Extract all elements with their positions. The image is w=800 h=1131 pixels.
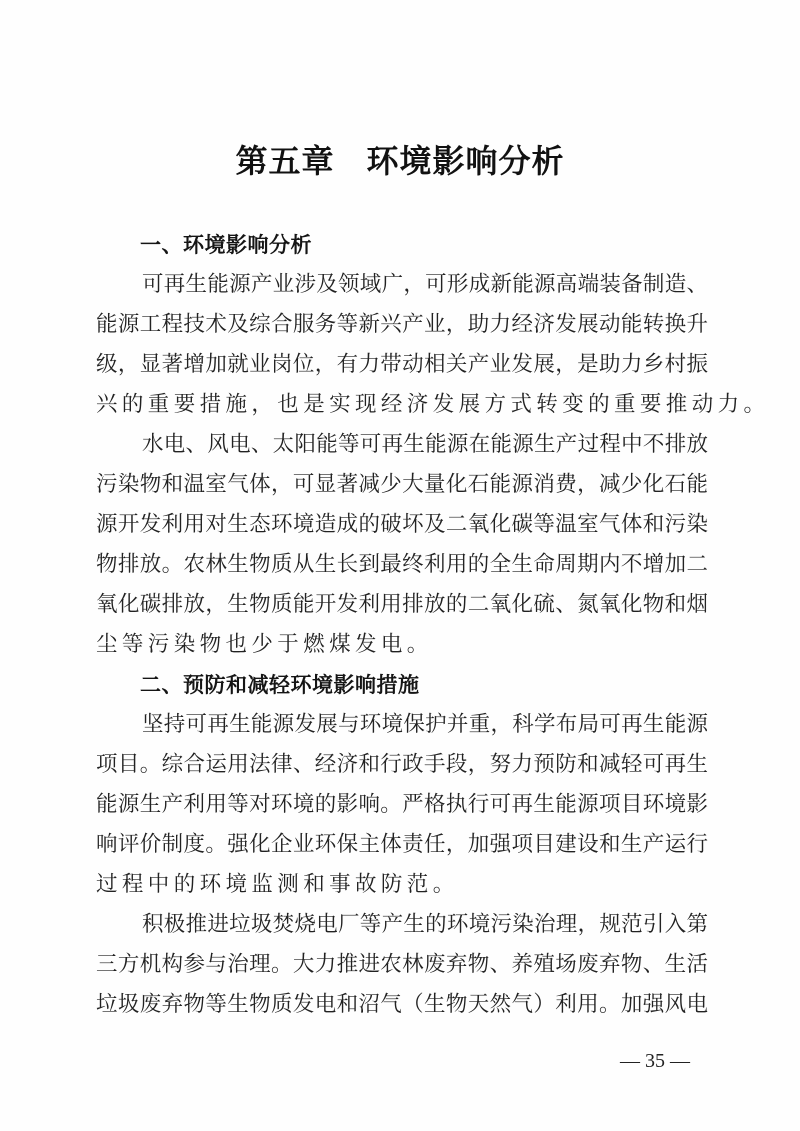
text-line: 物排放。农林生物质从生长到最终利用的全生命周期内不增加二 <box>96 545 708 585</box>
text-line: 源开发利用对生态环境造成的破坏及二氧化碳等温室气体和污染 <box>96 505 708 545</box>
text-line: 积极推进垃圾焚烧电厂等产生的环境污染治理，规范引入第 <box>96 905 708 945</box>
text-line: 级，显著增加就业岗位，有力带动相关产业发展，是助力乡村振 <box>96 345 708 385</box>
text-line: 尘等污染物也少于燃煤发电。 <box>96 625 708 665</box>
text-line: 三方机构参与治理。大力推进农林废弃物、养殖场废弃物、生活 <box>96 945 708 985</box>
page-number: — 35 — <box>620 1050 690 1073</box>
document-body: 一、环境影响分析 可再生能源产业涉及领域广，可形成新能源高端装备制造、 能源工程… <box>96 225 708 1025</box>
text-line: 垃圾废弃物等生物质发电和沼气（生物天然气）利用。加强风电 <box>96 985 708 1025</box>
text-line: 项目。综合运用法律、经济和行政手段，努力预防和减轻可再生 <box>96 745 708 785</box>
text-line: 能源工程技术及综合服务等新兴产业，助力经济发展动能转换升 <box>96 305 708 345</box>
paragraph: 水电、风电、太阳能等可再生能源在能源生产过程中不排放 污染物和温室气体，可显著减… <box>96 425 708 665</box>
text-line: 能源生产利用等对环境的影响。严格执行可再生能源项目环境影 <box>96 785 708 825</box>
text-line: 坚持可再生能源发展与环境保护并重，科学布局可再生能源 <box>96 705 708 745</box>
chapter-number: 第五章 <box>235 142 334 180</box>
chapter-name: 环境影响分析 <box>367 142 565 180</box>
section-heading-1: 一、环境影响分析 <box>96 225 708 265</box>
paragraph: 积极推进垃圾焚烧电厂等产生的环境污染治理，规范引入第 三方机构参与治理。大力推进… <box>96 905 708 1025</box>
text-line: 过程中的环境监测和事故防范。 <box>96 865 708 905</box>
document-page: 第五章环境影响分析 一、环境影响分析 可再生能源产业涉及领域广，可形成新能源高端… <box>0 0 800 1131</box>
text-line: 污染物和温室气体，可显著减少大量化石能源消费，减少化石能 <box>96 465 708 505</box>
text-line: 响评价制度。强化企业环保主体责任，加强项目建设和生产运行 <box>96 825 708 865</box>
chapter-title: 第五章环境影响分析 <box>0 136 800 182</box>
text-line: 可再生能源产业涉及领域广，可形成新能源高端装备制造、 <box>96 265 708 305</box>
paragraph: 坚持可再生能源发展与环境保护并重，科学布局可再生能源 项目。综合运用法律、经济和… <box>96 705 708 905</box>
text-line: 兴的重要措施，也是实现经济发展方式转变的重要推动力。 <box>96 385 708 425</box>
section-heading-2: 二、预防和减轻环境影响措施 <box>96 665 708 705</box>
text-line: 氧化碳排放，生物质能开发利用排放的二氧化硫、氮氧化物和烟 <box>96 585 708 625</box>
paragraph: 可再生能源产业涉及领域广，可形成新能源高端装备制造、 能源工程技术及综合服务等新… <box>96 265 708 425</box>
text-line: 水电、风电、太阳能等可再生能源在能源生产过程中不排放 <box>96 425 708 465</box>
